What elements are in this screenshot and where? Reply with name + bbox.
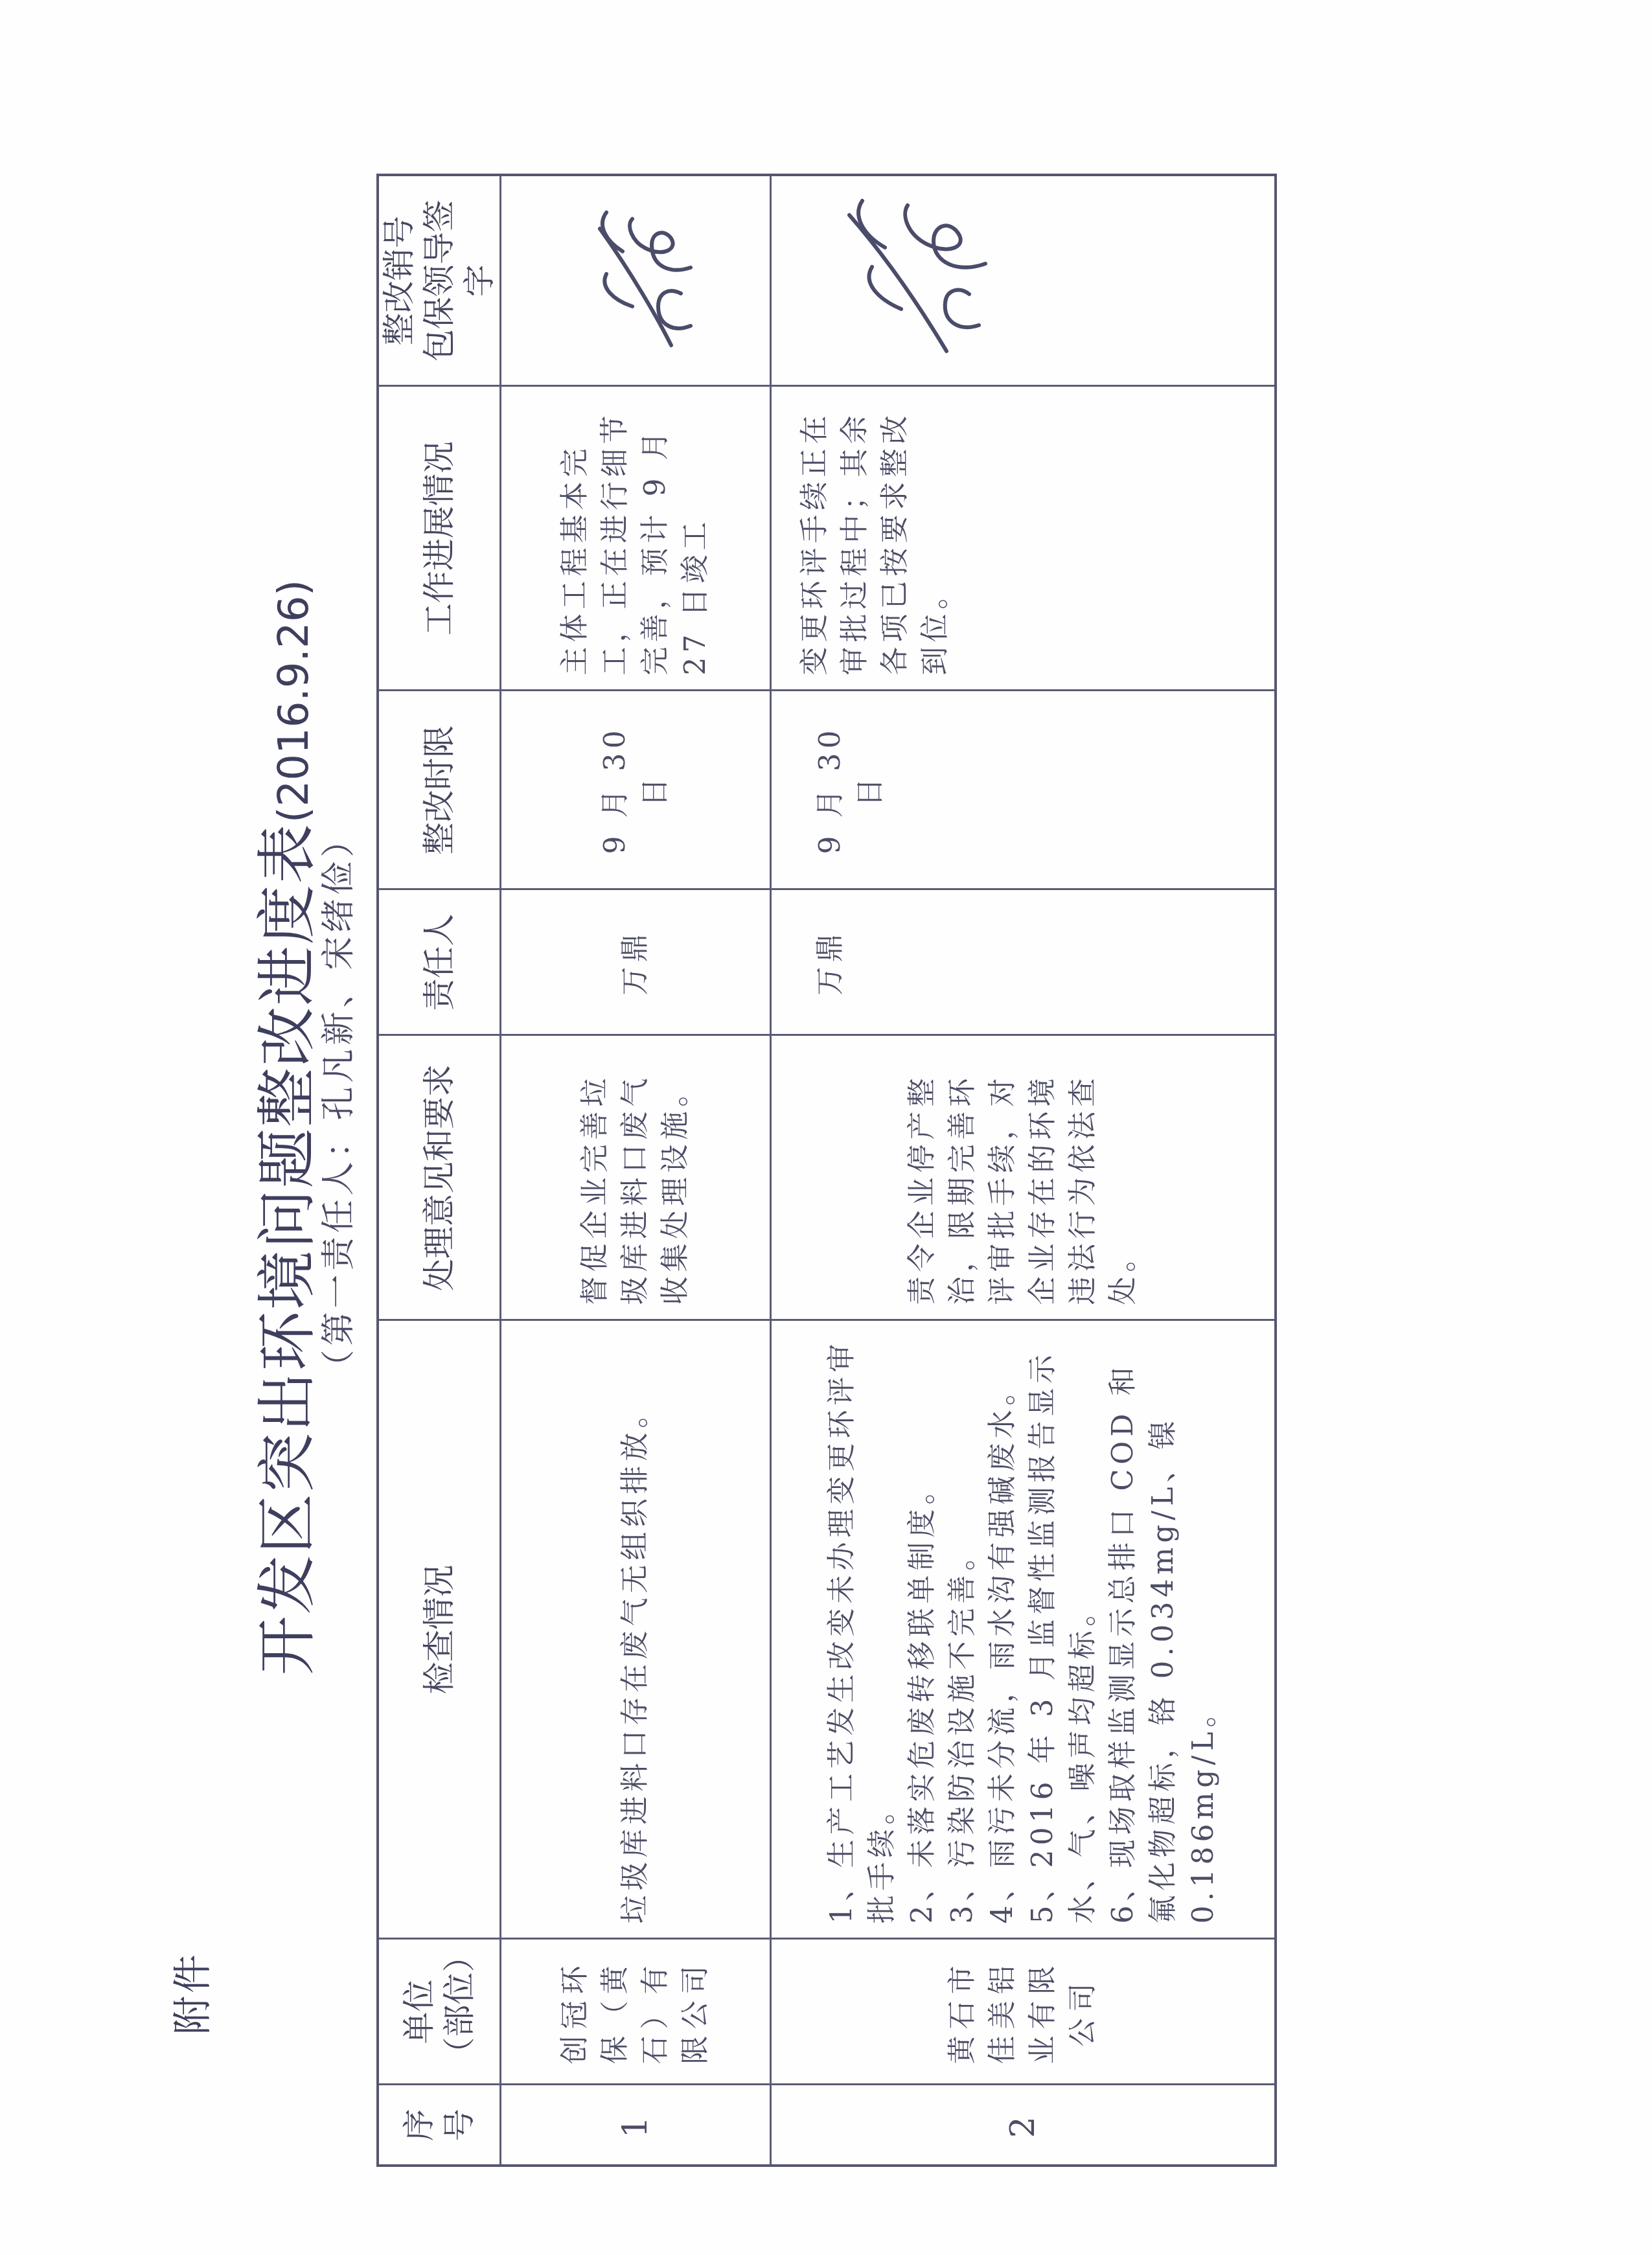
table-row: 2 黄石市佳美铝业有限公司 1、生产工艺发生改变未办理变更环评审批手续。 2、未… — [771, 175, 1276, 2166]
header-inspection: 检查情况 — [378, 1320, 501, 1939]
header-unit: 单位 （部位） — [378, 1939, 501, 2085]
inspection-item: 垃圾库进料口存在废气无组织排放。 — [615, 1336, 656, 1924]
inspection-item: 2、未落实危废转移联单制度。 — [902, 1336, 943, 1924]
row-person: 万鼎 — [501, 889, 771, 1035]
header-sign-line2: 包保领导签字 — [420, 200, 498, 361]
rectification-progress-table: 序号 单位 （部位） 检查情况 处理意见和要求 责任人 整改时限 工作进展情况 … — [376, 174, 1277, 2167]
header-unit-line2: （部位） — [441, 1940, 478, 2070]
header-unit-line1: 单位 — [400, 1980, 438, 2044]
row-inspection: 1、生产工艺发生改变未办理变更环评审批手续。 2、未落实危废转移联单制度。 3、… — [771, 1320, 1276, 1939]
responsible-persons: （第一责任人：孔凡新、宋绪俭） — [311, 0, 360, 2255]
table-row: 1 创冠环保（黄石）有限公司 垃圾库进料口存在废气无组织排放。 督促企业完善垃圾… — [501, 175, 771, 2166]
row-person: 万鼎 — [771, 889, 1276, 1035]
row-inspection: 垃圾库进料口存在废气无组织排放。 — [501, 1320, 771, 1939]
inspection-item: 3、污染防治设施不完善。 — [943, 1336, 983, 1924]
row-deadline: 9 月 30 日 — [771, 691, 1276, 889]
attachment-label: 附件 — [162, 1952, 218, 2035]
row-treatment: 督促企业完善垃圾库进料口废气收集处理设施。 — [501, 1035, 771, 1320]
header-person: 责任人 — [378, 889, 501, 1035]
header-sign-line1: 整改销号 — [380, 216, 418, 345]
inspection-item: 6、现场取样监测显示总排口 COD 和氟化物超标，铬 0.034mg/L、镍 0… — [1103, 1336, 1224, 1924]
row-seq: 2 — [771, 2085, 1276, 2166]
row-unit: 创冠环保（黄石）有限公司 — [501, 1939, 771, 2085]
document-page: 附件 开发区突出环境问题整改进度表(2016.9.26) （第一责任人：孔凡新、… — [0, 0, 1652, 2255]
row-deadline: 9 月 30 日 — [501, 691, 771, 889]
row-progress: 主体工程基本完工，正在进行细节完善，预计 9 月 27 日竣工 — [501, 386, 771, 691]
inspection-item: 4、雨污未分流，雨水沟有强碱废水。 — [983, 1336, 1023, 1924]
row-signature — [771, 175, 1276, 386]
signature-icon — [797, 190, 1005, 371]
signature-icon — [561, 196, 710, 365]
header-treatment: 处理意见和要求 — [378, 1035, 501, 1320]
row-treatment: 责令企业停产整治，限期完善环评审批手续，对企业存在的环境违法行为依法查处。 — [771, 1035, 1276, 1320]
row-signature — [501, 175, 771, 386]
row-progress: 变更环评手续正在审批过程中；其余各项已按要求整改到位。 — [771, 386, 1276, 691]
row-seq: 1 — [501, 2085, 771, 2166]
row-unit: 黄石市佳美铝业有限公司 — [771, 1939, 1276, 2085]
header-deadline: 整改时限 — [378, 691, 501, 889]
header-progress: 工作进展情况 — [378, 386, 501, 691]
header-seq: 序号 — [378, 2085, 501, 2166]
table-header-row: 序号 单位 （部位） 检查情况 处理意见和要求 责任人 整改时限 工作进展情况 … — [378, 175, 501, 2166]
inspection-item: 5、2016 年 3 月监督性监测报告显示水、气、噪声均超标。 — [1023, 1336, 1103, 1924]
inspection-item: 1、生产工艺发生改变未办理变更环评审批手续。 — [822, 1336, 902, 1924]
header-signature: 整改销号 包保领导签字 — [378, 175, 501, 386]
